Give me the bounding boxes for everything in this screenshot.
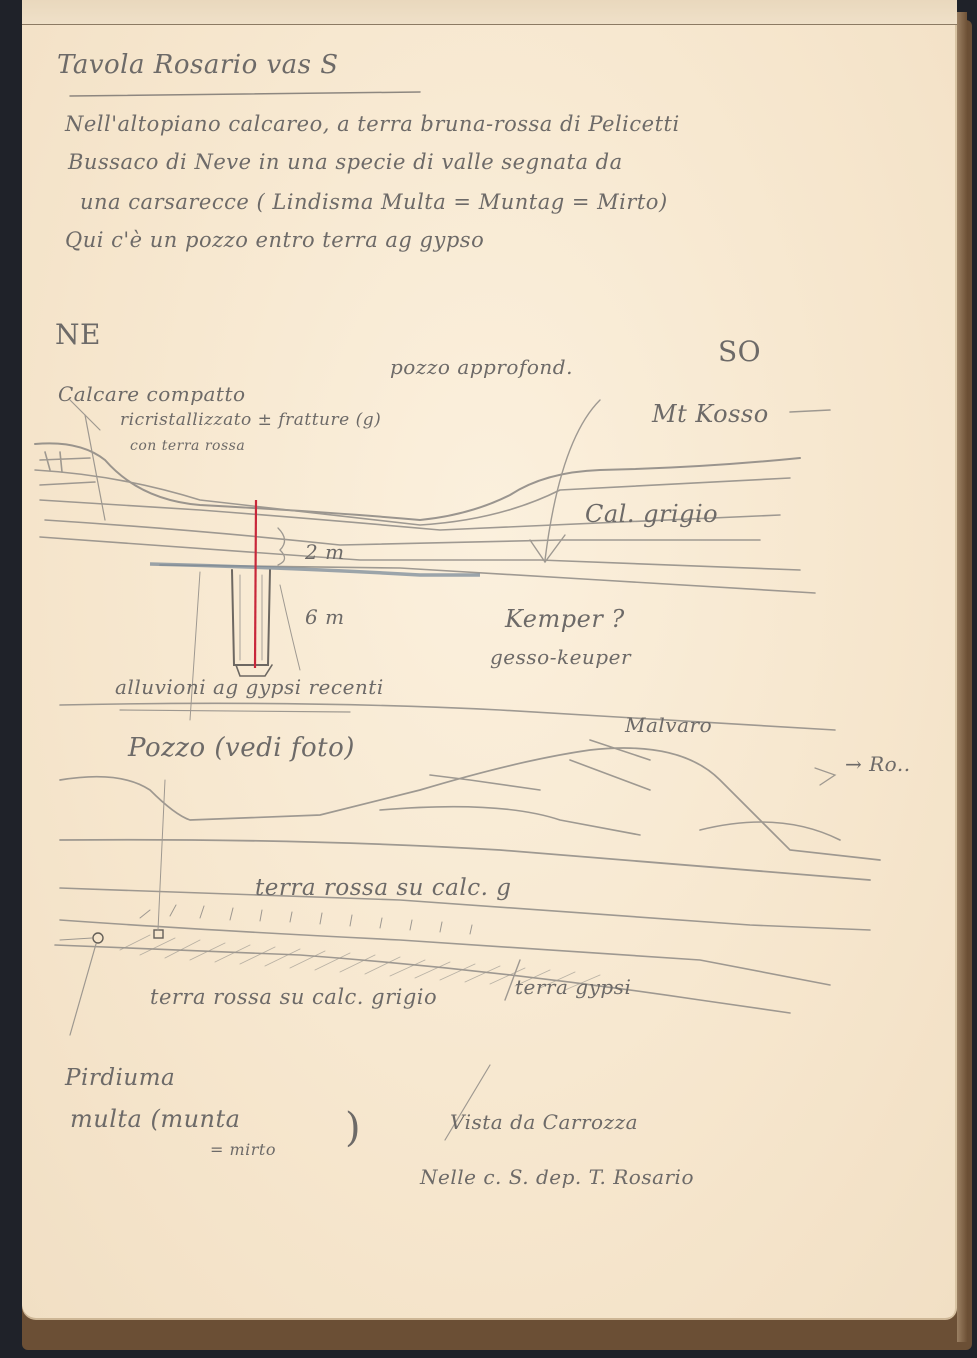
label-nelle: Nelle c. S. dep. T. Rosario [420, 1165, 694, 1189]
note-line-2: Bussaco di Neve in una specie di valle s… [68, 150, 623, 174]
label-malvaro: Malvaro [625, 713, 712, 737]
label-depth-2m: 2 m [305, 540, 345, 564]
label-mirto: = mirto [210, 1140, 276, 1159]
orientation-so: SO [718, 335, 761, 368]
note-line-4: Qui c'è un pozzo entro terra ag gypso [65, 228, 484, 252]
note-line-3: una carsarecce ( Lindisma Multa = Muntag… [80, 190, 668, 214]
label-pozzo-approf: pozzo approfond. [390, 355, 573, 379]
label-terra-rossa-calc: terra rossa su calc. g [255, 875, 511, 901]
label-terra-rossa-grigio: terra rossa su calc. grigio [150, 985, 437, 1009]
label-arrow-to: → Ro.. [845, 752, 911, 776]
label-calcare-sub2: con terra rossa [130, 438, 245, 454]
label-gesso-keuper: gesso-keuper [490, 645, 631, 669]
label-cal-grigio: Cal. grigio [585, 500, 718, 528]
orientation-ne: NE [55, 318, 101, 351]
label-pozzo: Pozzo (vedi foto) [128, 733, 355, 763]
label-terra-gypsi: terra gypsi [515, 975, 631, 999]
label-paren: ) [345, 1105, 361, 1151]
label-alluvioni: alluvioni ag gypsi recenti [115, 675, 384, 699]
note-line-1: Nell'altopiano calcareo, a terra bruna-r… [65, 112, 680, 136]
label-calcare-sub1: ricristallizzato ± fratture (g) [120, 410, 381, 430]
label-kemper: Kemper ? [505, 605, 625, 633]
label-calcare: Calcare compatto [58, 382, 246, 406]
label-mt-kosso: Mt Kosso [652, 400, 769, 428]
label-depth-6m: 6 m [305, 605, 345, 629]
label-pirdiuma: Pirdiuma [65, 1065, 175, 1091]
label-vista: Vista da Carrozza [450, 1110, 638, 1134]
page-title: Tavola Rosario vas S [57, 50, 339, 80]
label-multa: multa (munta [70, 1105, 240, 1133]
